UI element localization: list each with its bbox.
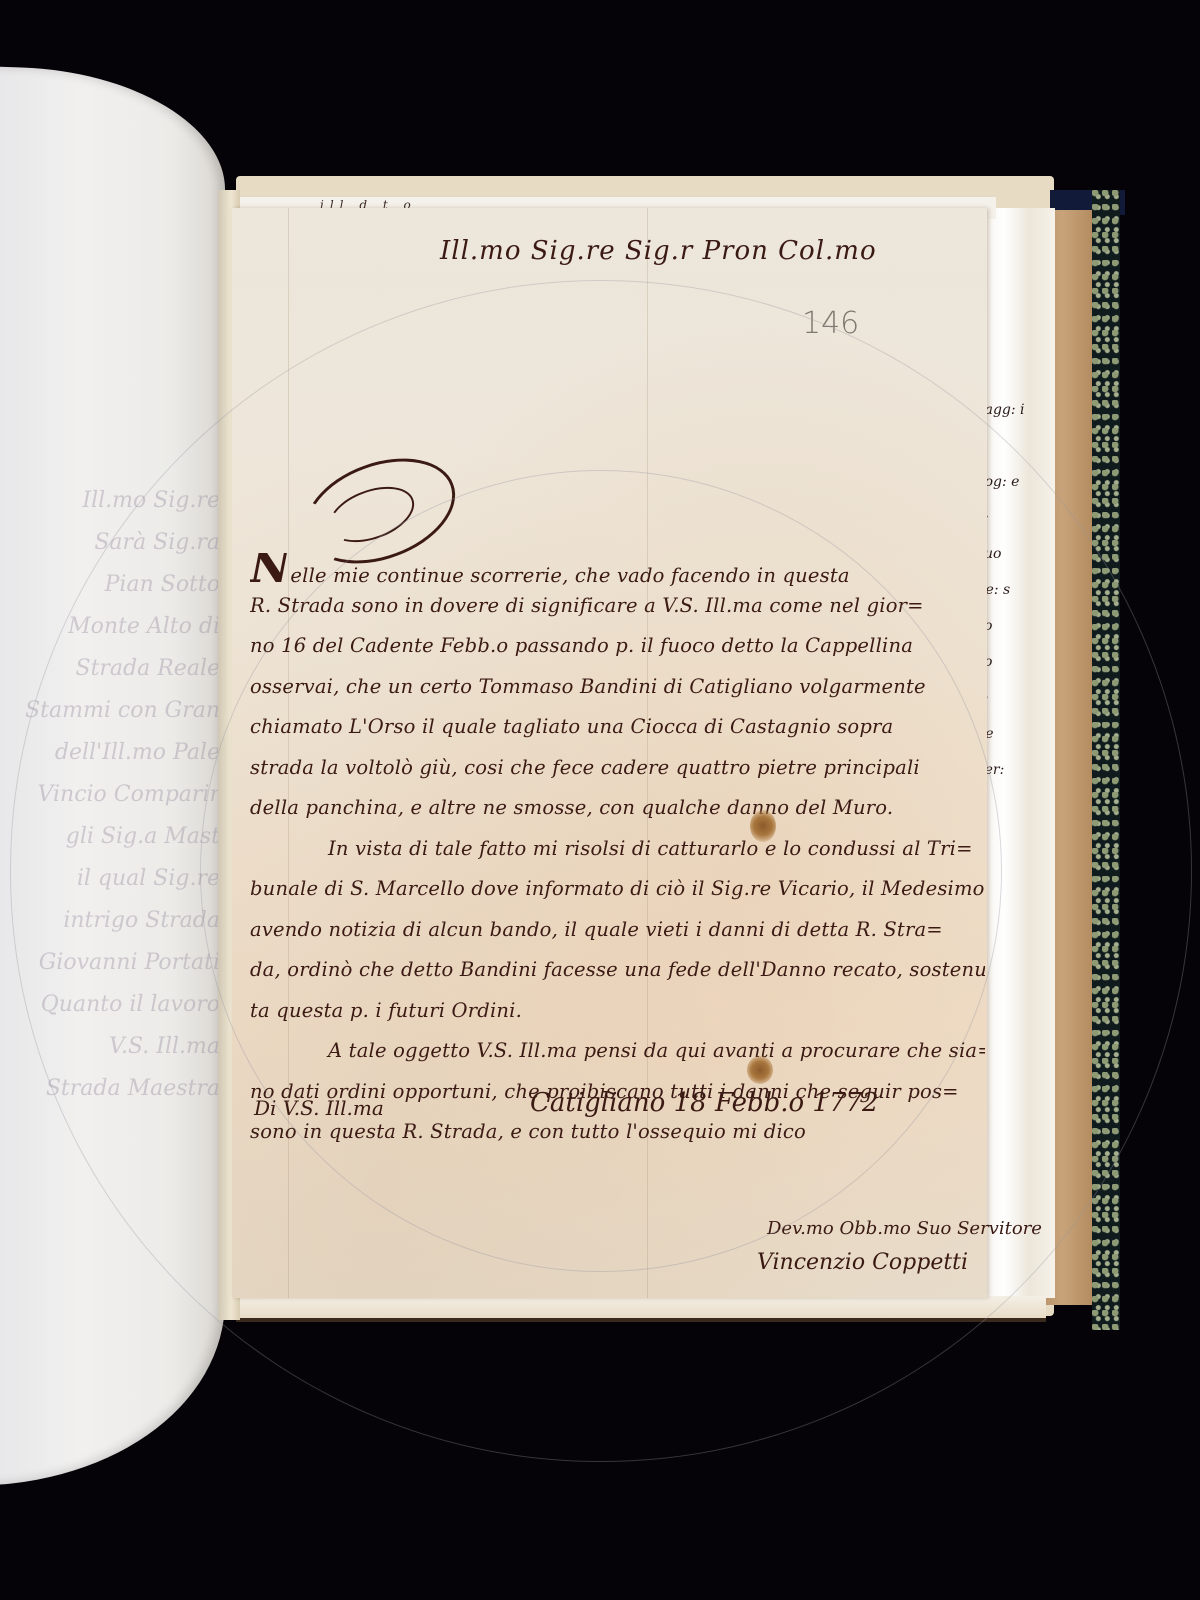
ghost-line: Sarà Sig.ra	[0, 522, 220, 564]
letter-line: osservai, che un certo Tommaso Bandini d…	[250, 675, 985, 716]
letter-line: ta questa p. i futuri Ordini.	[250, 999, 985, 1040]
left-page-bleed-through-text: Ill.mo Sig.reSarà Sig.raPian SottoMonte …	[0, 480, 220, 1260]
signature-name: Vincenzio Coppetti	[757, 1250, 968, 1275]
ghost-line: Monte Alto di	[0, 606, 220, 648]
ink-stain	[747, 1056, 773, 1084]
ghost-line: Quanto il lavoro	[0, 984, 220, 1026]
ghost-line: Strada Reale	[0, 648, 220, 690]
letter-line: chiamato L'Orso il quale tagliato una Ci…	[250, 715, 985, 756]
ghost-line: dell'Ill.mo Pale	[0, 732, 220, 774]
letter-sheet: Ill.mo Sig.re Sig.r Pron Col.mo 146 Nell…	[232, 208, 987, 1298]
ghost-line: il qual Sig.re	[0, 858, 220, 900]
decorated-initial: N	[250, 553, 290, 593]
letter-line: no 16 del Cadente Febb.o passando p. il …	[250, 634, 985, 675]
ghost-line: Ill.mo Sig.re	[0, 480, 220, 522]
folio-number: 146	[802, 306, 859, 341]
letter-line: da, ordinò che detto Bandini facesse una…	[250, 958, 985, 999]
ghost-line: gli Sig.a Mast	[0, 816, 220, 858]
letter-line: R. Strada sono in dovere di significare …	[250, 594, 985, 635]
ghost-line: Vincio Comparir	[0, 774, 220, 816]
archival-photo: Ill.mo Sig.reSarà Sig.raPian SottoMonte …	[0, 0, 1200, 1600]
letter-body: Nelle mie continue scorrerie, che vado f…	[250, 553, 985, 1161]
letter-line: In vista di tale fatto mi risolsi di cat…	[250, 837, 985, 878]
signature-valediction: Dev.mo Obb.mo Suo Servitore	[767, 1218, 1042, 1239]
letter-line: sono in questa R. Strada, e con tutto l'…	[250, 1120, 985, 1161]
letter-line: strada la voltolò giù, cosi che fece cad…	[250, 756, 985, 797]
ghost-line: Giovanni Portati	[0, 942, 220, 984]
letter-line: Nelle mie continue scorrerie, che vado f…	[250, 553, 985, 594]
letter-line: bunale di S. Marcello dove informato di …	[250, 877, 985, 918]
ghost-line: intrigo Strada	[0, 900, 220, 942]
ghost-line: Strada Maestra	[0, 1068, 220, 1110]
letter-line: avendo notizia di alcun bando, il quale …	[250, 918, 985, 959]
ink-stain	[750, 810, 776, 842]
letter-line: della panchina, e altre ne smosse, con q…	[250, 796, 985, 837]
ghost-line: Pian Sotto	[0, 564, 220, 606]
closing-address: Di V.S. Ill.ma	[254, 1096, 384, 1120]
letter-line: A tale oggetto V.S. Ill.ma pensi da qui …	[250, 1039, 985, 1080]
marbled-cover	[1092, 190, 1120, 1330]
bottom-page-edge	[236, 1296, 1046, 1322]
ghost-line: Stammi con Gran	[0, 690, 220, 732]
salutation: Ill.mo Sig.re Sig.r Pron Col.mo	[440, 236, 877, 266]
ghost-line: V.S. Ill.ma	[0, 1026, 220, 1068]
place-and-date: Catigliano 18 Febb.o 1772	[530, 1088, 879, 1118]
